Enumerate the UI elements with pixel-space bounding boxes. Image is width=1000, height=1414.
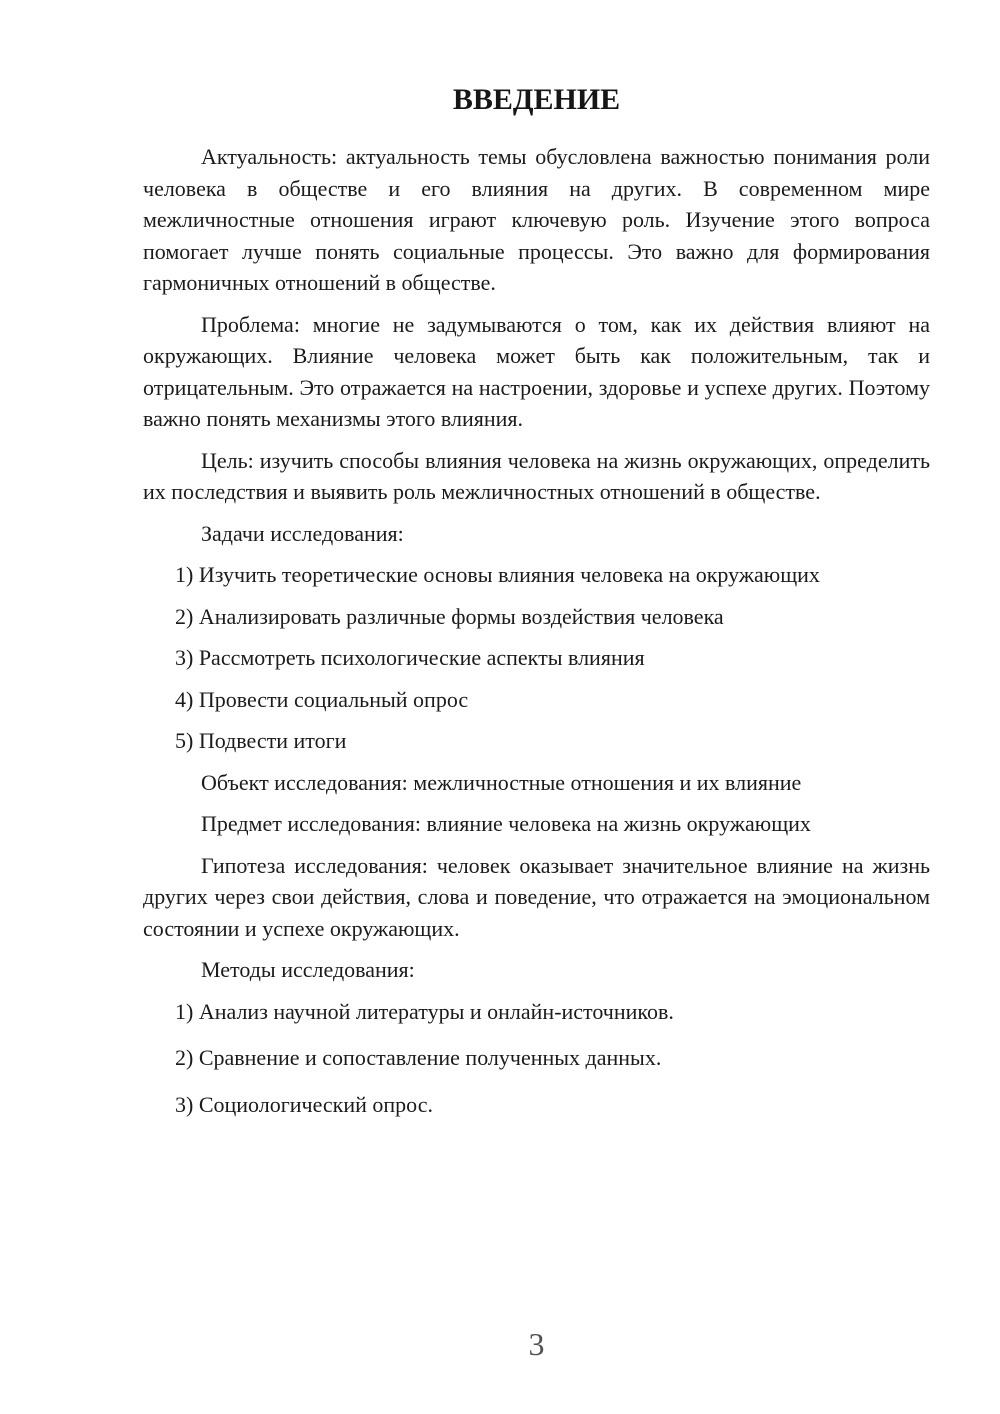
paragraph-hypothesis: Гипотеза исследования: человек оказывает… [143,850,930,945]
task-item-1: 1) Изучить теоретические основы влияния … [143,559,930,591]
methods-heading: Методы исследования: [143,954,930,986]
task-item-4: 4) Провести социальный опрос [143,684,930,716]
paragraph-object: Объект исследования: межличностные отнош… [143,767,930,799]
method-item-2: 2) Сравнение и сопоставление полученных … [143,1042,930,1074]
tasks-heading: Задачи исследования: [143,518,930,550]
paragraph-goal: Цель: изучить способы влияния человека н… [143,445,930,508]
task-item-2: 2) Анализировать различные формы воздейс… [143,601,930,633]
method-item-3: 3) Социологический опрос. [143,1089,930,1121]
task-item-3: 3) Рассмотреть психологические аспекты в… [143,642,930,674]
document-page: ВВЕДЕНИЕ Актуальность: актуальность темы… [143,0,930,1120]
page-number: 3 [143,1328,930,1360]
paragraph-problem: Проблема: многие не задумываются о том, … [143,309,930,435]
task-item-5: 5) Подвести итоги [143,725,930,757]
method-item-1: 1) Анализ научной литературы и онлайн-ис… [143,996,930,1028]
paragraph-relevance: Актуальность: актуальность темы обусловл… [143,141,930,299]
paragraph-subject: Предмет исследования: влияние человека н… [143,808,930,840]
page-title: ВВЕДЕНИЕ [143,83,930,117]
